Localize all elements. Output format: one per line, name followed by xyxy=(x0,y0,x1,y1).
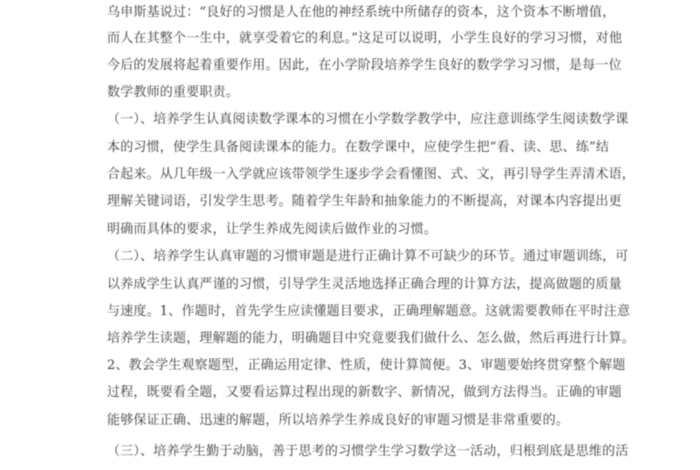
text-line: 乌申斯基说过：“良好的习惯是人在他的神经系统中所储存的资本，这个资本不断增值， xyxy=(107,3,595,23)
text-line: 本的习惯，使学生具备阅读课本的能力。在数学课中，应使学生把“看、读、思、练”结 xyxy=(107,138,595,158)
text-line: 过程，既要看全题，又要看运算过程出现的新数字、新情况，做到方法得当。正确的审题 xyxy=(107,383,595,403)
text-line: 2、教会学生观察题型，正确运用定律、性质，使计算简便。3、审题要始终贯穿整个解题 xyxy=(107,356,595,376)
text-line: 合起来。从几年级一入学就应该带领学生逐步学会看懂图、式、文，再引导学生弄清术语， xyxy=(107,165,595,185)
section-heading-1: （一）、培养学生认真阅读数学课本的习惯在小学数学教学中，应注意训练学生阅读数学课 xyxy=(107,110,595,130)
text-line: 以养成学生认真严谨的习惯，引导学生灵活地选择正确合理的计算方法，提高做题的质量 xyxy=(107,275,595,295)
text-line: 与速度。1、作题时，首先学生应读懂题目要求，正确理解题意。这就需要教师在平时注意 xyxy=(107,302,595,322)
text-line: 明确而具体的要求，让学生养成先阅读后做作业的习惯。 xyxy=(107,220,437,240)
text-line: 今后的发展将起着重要作用。因此，在小学阶段培养学生良好的数学学习习惯，是每一位 xyxy=(107,56,595,76)
text-line: 培养学生读题，理解题的能力，明确题目中究竟要我们做什么、怎么做，然后再进行计算。 xyxy=(107,329,595,349)
text-line: 能够保证正确、迅速的解题，所以培养学生养成良好的审题习惯是非常重要的。 xyxy=(107,411,569,431)
text-line: 理解关键词语，引发学生思考。随着学生年龄和抽象能力的不断提高，对课本内容提出更 xyxy=(107,192,595,212)
section-heading-2: （二）、培养学生认真审题的习惯审题是进行正确计算不可缺少的环节。通过审题训练，可 xyxy=(107,247,595,267)
text-line: 数学教师的重要职责。 xyxy=(107,83,239,103)
section-heading-3: （三）、培养学生勤于动脑，善于思考的习惯学生学习数学这一活动，归根到底是思维的活 xyxy=(107,442,595,462)
document-page: 乌申斯基说过：“良好的习惯是人在他的神经系统中所储存的资本，这个资本不断增值， … xyxy=(0,0,700,470)
text-line: 而人在其整个一生中，就享受着它的利息。”这足可以说明，小学生良好的学习习惯，对他 xyxy=(107,29,595,49)
